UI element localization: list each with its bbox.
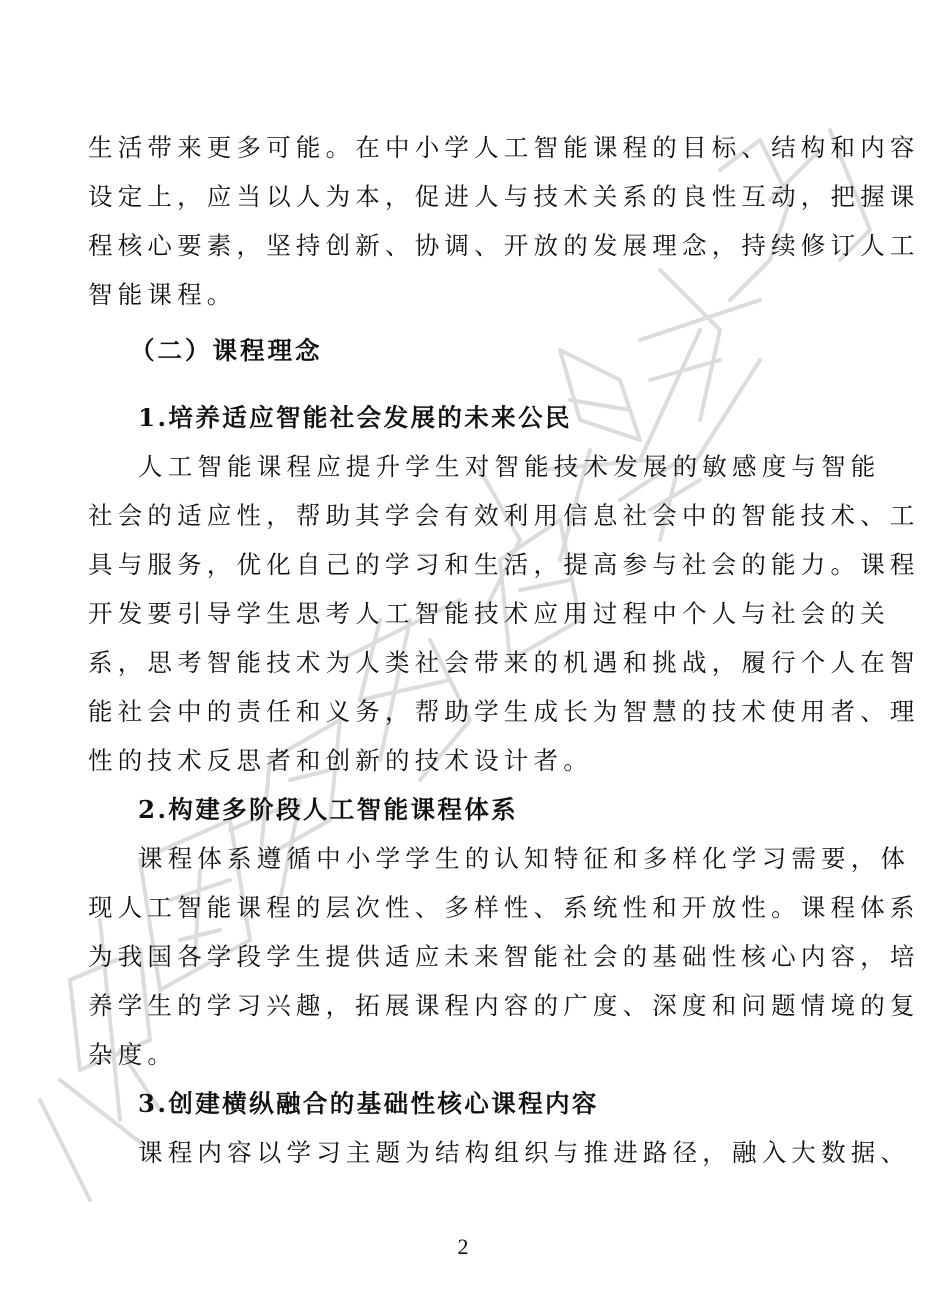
body-line: 具与服务，优化自己的学习和生活，提高参与社会的能力。课程	[88, 549, 858, 581]
item-heading-3: 3.创建横纵融合的基础性核心课程内容	[138, 1088, 908, 1120]
page-number: 2	[0, 1234, 926, 1260]
body-line: 课程体系遵循中小学学生的认知特征和多样化学习需要，体	[138, 843, 908, 875]
body-line: 课程内容以学习主题为结构组织与推进路径，融入大数据、	[138, 1137, 908, 1169]
item-heading-1: 1.培养适应智能社会发展的未来公民	[138, 402, 908, 434]
body-line: 现人工智能课程的层次性、多样性、系统性和开放性。课程体系	[88, 892, 858, 924]
body-line: 养学生的学习兴趣，拓展课程内容的广度、深度和问题情境的复	[88, 990, 858, 1022]
body-line: 开发要引导学生思考人工智能技术应用过程中个人与社会的关	[88, 598, 858, 630]
body-line: 人工智能课程应提升学生对智能技术发展的敏感度与智能	[138, 451, 908, 483]
body-line: 生活带来更多可能。在中小学人工智能课程的目标、结构和内容	[88, 132, 858, 164]
body-line: 杂度。	[88, 1039, 858, 1071]
body-line: 智能课程。	[88, 279, 858, 311]
item-heading-2: 2.构建多阶段人工智能课程体系	[138, 794, 908, 826]
body-line: 性的技术反思者和创新的技术设计者。	[88, 745, 858, 777]
body-line: 为我国各学段学生提供适应未来智能社会的基础性核心内容，培	[88, 941, 858, 973]
body-line: 社会的适应性，帮助其学会有效利用信息社会中的智能技术、工	[88, 500, 858, 532]
body-line: 能社会中的责任和义务，帮助学生成长为智慧的技术使用者、理	[88, 696, 858, 728]
document-page: 生活带来更多可能。在中小学人工智能课程的目标、结构和内容 设定上，应当以人为本，…	[0, 0, 926, 1299]
section-heading: （二）课程理念	[130, 335, 900, 367]
body-line: 系，思考智能技术为人类社会带来的机遇和挑战，履行个人在智	[88, 647, 858, 679]
body-line: 设定上，应当以人为本，促进人与技术关系的良性互动，把握课	[88, 181, 858, 213]
body-line: 程核心要素，坚持创新、协调、开放的发展理念，持续修订人工	[88, 230, 858, 262]
